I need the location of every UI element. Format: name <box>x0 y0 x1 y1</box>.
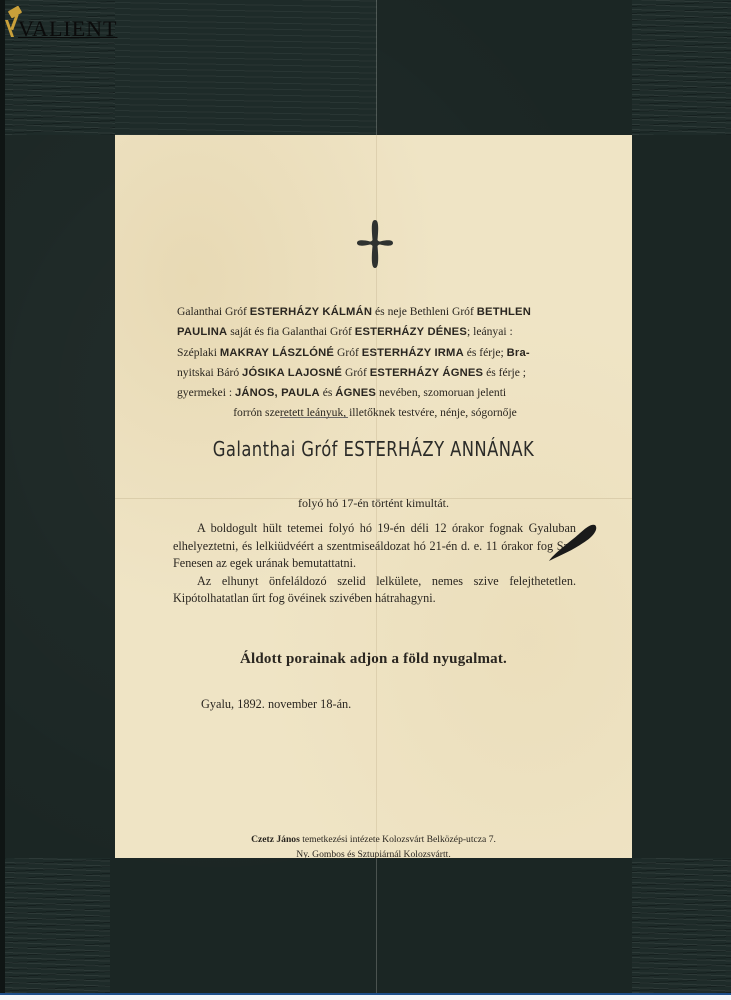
textured-corner-top-right <box>632 0 731 135</box>
funeral-notice-paper: Galanthai Gróf ESTERHÁZY KÁLMÁN és neje … <box>115 135 632 858</box>
logo-text: VALIENT <box>18 16 117 42</box>
ink-stain <box>543 523 599 568</box>
notice-body: A boldogult hült tetemei folyó hó 19-én … <box>173 520 576 608</box>
tribute-paragraph: Az elhunyt önfeláldozó szelid lelkülete,… <box>173 573 576 608</box>
separator-rule <box>280 417 348 418</box>
left-edge <box>0 0 5 993</box>
death-line: folyó hó 17-én történt kimultát. <box>115 496 632 511</box>
textured-corner-bottom-left <box>5 858 110 993</box>
textured-band-top <box>115 0 377 135</box>
printer-credit: Czetz János temetkezési intézete Kolozsv… <box>115 832 632 862</box>
funeral-paragraph: A boldogult hült tetemei folyó hó 19-én … <box>173 520 576 573</box>
watermark-logo: VALIENT <box>4 6 117 38</box>
intro-last-line: forrón szeretett leányuk, illetőknek tes… <box>177 403 573 422</box>
blessing: Áldott porainak adjon a föld nyugalmat. <box>115 651 632 668</box>
deceased-name: Galanthai Gróf ESTERHÁZY ANNÁNAK <box>162 437 586 461</box>
scan-bottom-strip <box>0 993 731 1000</box>
gavel-icon <box>4 6 26 38</box>
textured-corner-bottom-right <box>632 858 731 993</box>
place-date: Gyalu, 1892. november 18-án. <box>201 697 351 712</box>
cross-icon <box>356 218 394 275</box>
announcement-intro: Galanthai Gróf ESTERHÁZY KÁLMÁN és neje … <box>177 302 573 423</box>
